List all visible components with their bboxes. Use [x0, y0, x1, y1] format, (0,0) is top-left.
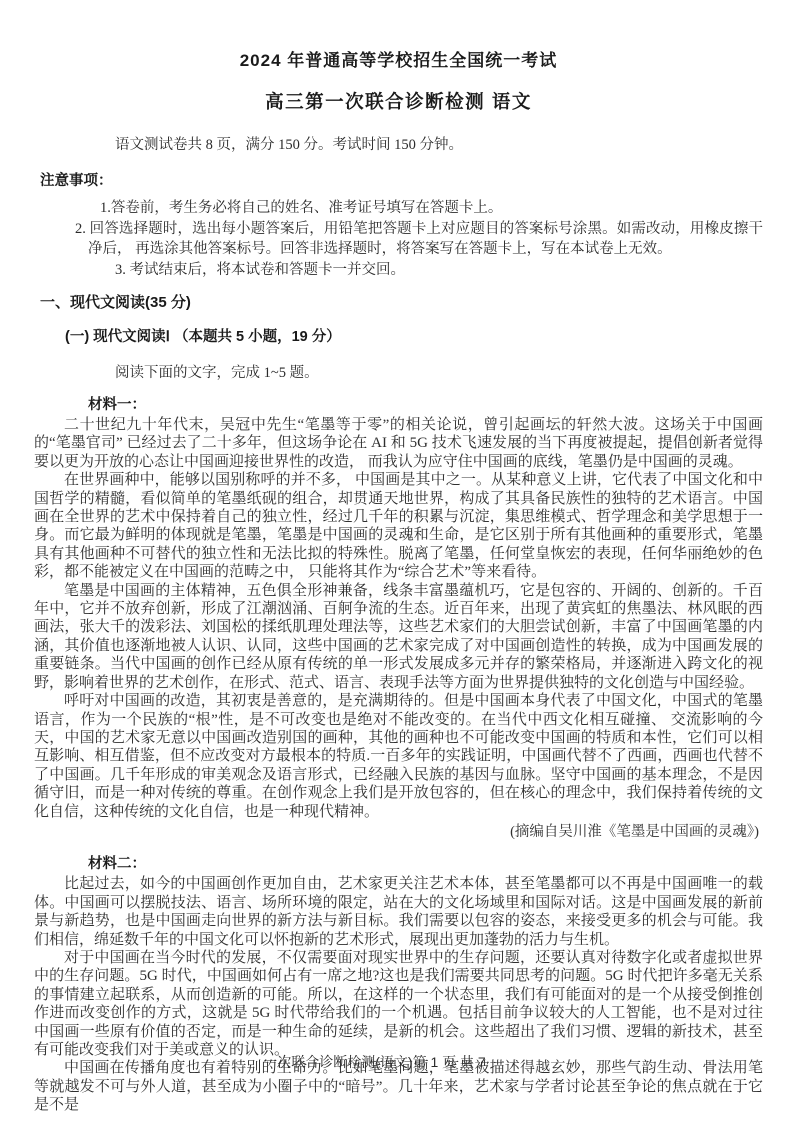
exam-title: 2024 年普通高等学校招生全国统一考试 — [34, 46, 763, 71]
material1-paragraph-4: 呼吁对中国画的改造，其初衷是善意的，是充满期待的。但是中国画本身代表了中国文化，… — [34, 692, 763, 821]
material1-paragraph-2: 在世界画种中，能够以国别称呼的并不多， 中国画是其中之一。从某种意义上讲，它代表… — [34, 471, 763, 581]
page-footer: 一次联合诊断检测(语文)第 1 页 共 7 — [0, 1052, 771, 1072]
material1-label: 材料一： — [88, 393, 763, 414]
material1-paragraph-1: 二十世纪九十年代末，吴冠中先生“笔墨等于零”的相关论说，曾引起画坛的轩然大波。这… — [34, 416, 763, 471]
section-heading-modern-reading: 一、现代文阅读(35 分) — [40, 291, 763, 312]
notice-item-3: 3. 考试结束后，将本试卷和答题卡一并交回。 — [34, 260, 763, 281]
exam-subtitle: 高三第一次联合诊断检测 语文 — [34, 88, 763, 114]
notice-item-1: 1.答卷前，考生务必将自己的姓名、准考证号填写在答题卡上。 — [34, 198, 763, 219]
subsection-heading-reading-1: (一) 现代文阅读Ⅰ （本题共 5 小题，19 分） — [65, 325, 763, 346]
notice-item-2: 2. 回答选择题时，选出每小题答案后，用铅笔把答题卡上对应题目的答案标号涂黑。如… — [34, 219, 763, 260]
notice-heading: 注意事项： — [40, 169, 763, 190]
material2-label: 材料二： — [88, 852, 763, 873]
material1-paragraph-3: 笔墨是中国画的主体精神，五色俱全形神兼备，线条丰富墨蕴机巧，它是包容的、开阔的、… — [34, 582, 763, 692]
material1-attribution: (摘编自吴川淮《笔墨是中国画的灵魂》) — [34, 823, 759, 841]
material2-paragraph-2: 对于中国画在当今时代的发展，不仅需要面对现实世界中的生存问题，还要认真对待数字化… — [34, 949, 763, 1059]
exam-info-line: 语文测试卷共 8 页，满分 150 分。考试时间 150 分钟。 — [115, 133, 763, 154]
material2-paragraph-1: 比起过去，如今的中国画创作更加自由，艺术家更关注艺术本体，甚至笔墨都可以不再是中… — [34, 875, 763, 949]
reading-instruction: 阅读下面的文字，完成 1~5 题。 — [115, 361, 763, 382]
exam-paper-page: 2024 年普通高等学校招生全国统一考试 高三第一次联合诊断检测 语文 语文测试… — [0, 0, 793, 1121]
